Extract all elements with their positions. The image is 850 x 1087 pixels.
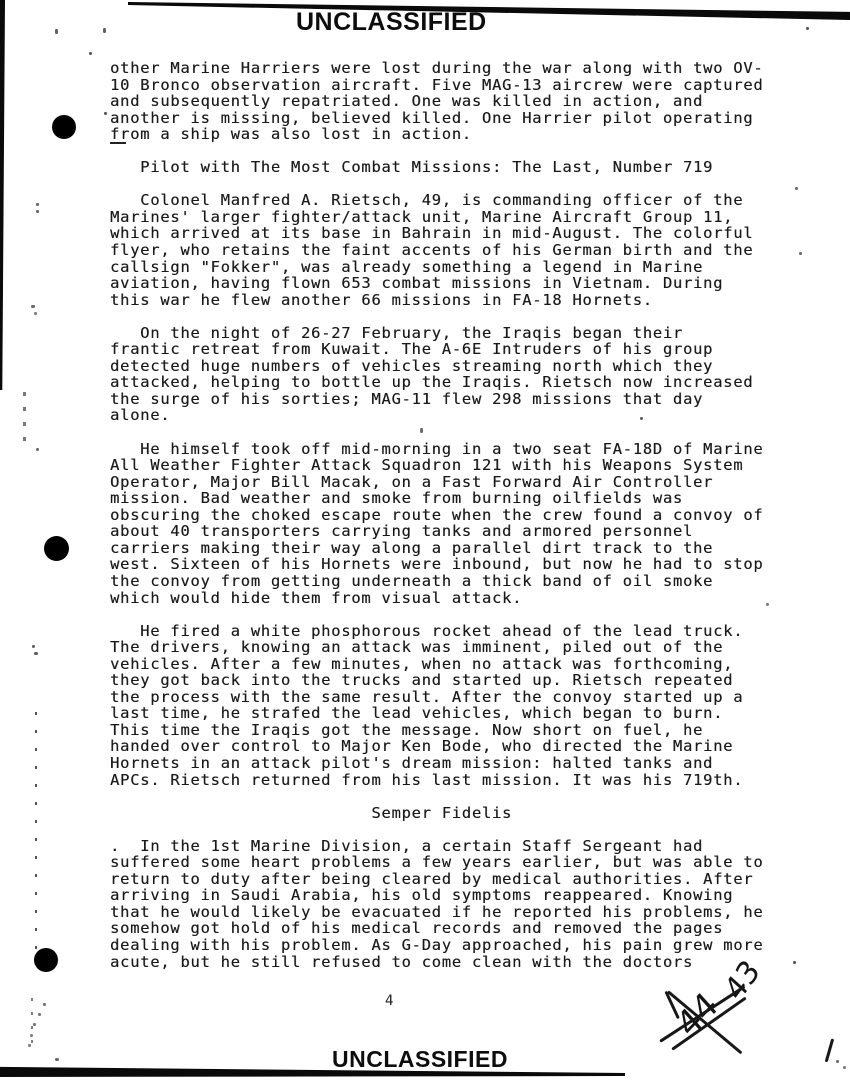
classification-banner-bottom: UNCLASSIFIED [332, 1048, 508, 1071]
scan-speck [640, 417, 643, 420]
scan-speck [836, 1060, 839, 1063]
classification-banner-top: UNCLASSIFIED [296, 10, 487, 35]
punch-hole-dot [52, 115, 76, 139]
page-number: 4 [385, 993, 393, 1009]
scan-speck [806, 27, 809, 30]
scanned-document-page: UNCLASSIFIED UNCLASSIFIED other Marine H… [0, 0, 850, 1087]
scan-speck [104, 112, 107, 115]
scan-speck [36, 203, 39, 206]
scan-speck [766, 603, 769, 606]
scan-speck [38, 1013, 41, 1016]
scan-speck [30, 1034, 33, 1037]
scan-speck [43, 1003, 46, 1006]
typo-underline-artifact [110, 142, 126, 144]
body-text: other Marine Harriers were lost during t… [110, 60, 763, 970]
margin-dashed-line [23, 392, 26, 450]
scan-speck [33, 1023, 36, 1026]
scan-speck [799, 252, 802, 255]
punch-hole-dot [44, 536, 69, 561]
scan-speck [793, 961, 796, 964]
margin-dashed-line [35, 712, 37, 952]
scan-edge-line-bottom [0, 1066, 625, 1077]
scan-speck [34, 652, 38, 655]
scan-speck [89, 52, 92, 55]
scan-speck [28, 1044, 31, 1047]
scan-speck [36, 210, 39, 213]
scan-speck [55, 1058, 59, 1061]
scan-speck [795, 187, 798, 190]
scan-speck [420, 428, 423, 433]
stray-pen-stroke [825, 1038, 834, 1062]
punch-hole-dot [34, 948, 58, 972]
scan-speck [36, 448, 39, 451]
scan-speck [843, 1066, 846, 1069]
scan-speck [31, 305, 35, 308]
scan-speck [32, 645, 35, 648]
scan-speck [34, 312, 37, 315]
scan-edge-line-top [128, 2, 850, 20]
scan-speck [103, 28, 106, 33]
scan-speck [55, 29, 58, 34]
scan-edge-line-left [0, 0, 5, 390]
